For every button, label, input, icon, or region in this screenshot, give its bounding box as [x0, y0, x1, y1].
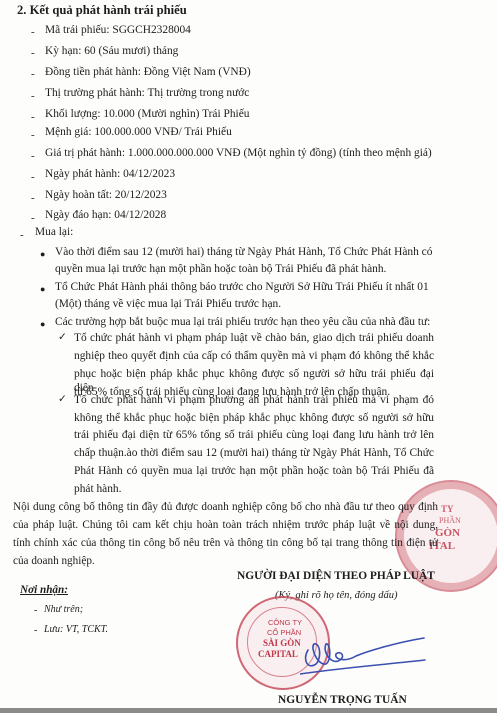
bond-term: Kỳ hạn: 60 (Sáu mươi) tháng [45, 44, 178, 58]
buyback-item-2-line-2: (Một) tháng về việc mua lại Trái Phiếu t… [55, 297, 281, 311]
recipient-item-2: Lưu: VT, TCKT. [44, 624, 108, 635]
case-2-line-2: không thể khắc phục hoặc biện pháp khắc … [74, 411, 434, 425]
signer-name: NGUYỄN TRỌNG TUẤN [278, 694, 407, 706]
section-title: 2. Kết quả phát hành trái phiếu [17, 3, 187, 18]
dash-bullet: - [31, 129, 35, 141]
bond-volume: Khối lượng: 10.000 (Mười nghìn) Trái Phi… [45, 107, 249, 121]
round-bullet-icon: ● [40, 319, 45, 329]
case-2-line-5: Phát Hành có quyền mua lại trước hạn một… [74, 464, 434, 478]
buyback-item-2-line-1: Tổ Chức Phát Hành phải thông báo trước c… [55, 280, 429, 294]
bond-currency: Đồng tiền phát hành: Đồng Việt Nam (VNĐ) [45, 65, 251, 79]
case-2-line-6: phát hành. [74, 482, 121, 496]
dash-bullet: - [31, 68, 35, 80]
handwritten-signature [300, 630, 430, 680]
buyback-item-3-line-1: Các trường hợp bắt buộc mua lại trái phi… [55, 315, 430, 329]
stamp-line-2: CỔ PHẦN [267, 628, 301, 637]
dash-bullet: - [31, 192, 35, 204]
checkmark-icon: ✓ [58, 331, 67, 343]
bond-market: Thị trường phát hành: Thị trường trong n… [45, 86, 249, 100]
dash-bullet: - [31, 150, 35, 162]
round-bullet-icon: ● [40, 284, 45, 294]
recipients-title: Nơi nhận: [20, 584, 68, 596]
disclosure-line-4: của doanh nghiệp. [13, 554, 95, 568]
dash-bullet: - [31, 47, 35, 59]
buyback-item-1-line-1: Vào thời điểm sau 12 (mười hai) tháng từ… [55, 245, 432, 259]
disclosure-line-2: của pháp luật. Chúng tôi cam kết chịu ho… [13, 518, 438, 532]
case-2-line-4: chấp thuận.ào thời điểm sau 12 (mười hai… [74, 446, 434, 460]
stamp-partial-line-1: TY [441, 504, 454, 514]
case-2-line-1: Tổ chức phát hành vi phạm phương án phát… [74, 393, 434, 407]
stamp-partial-line-2: PHẦN [439, 516, 461, 525]
dash-bullet: - [20, 229, 24, 241]
disclosure-line-3: tính chính xác của thông tin công bố nêu… [13, 536, 438, 550]
dash-bullet: - [31, 212, 35, 224]
buyback-item-1-line-2: quyền mua lại trước hạn một phần hoặc to… [55, 262, 386, 276]
stamp-line-4: CAPITAL [258, 649, 298, 659]
buyback-label: Mua lại: [35, 225, 73, 239]
recipient-item-1: Như trên; [44, 604, 83, 615]
dash-bullet: - [31, 26, 35, 38]
bond-issue-date: Ngày phát hành: 04/12/2023 [45, 167, 175, 181]
bottom-border [0, 708, 497, 713]
bond-completion-date: Ngày hoàn tất: 20/12/2023 [45, 188, 167, 202]
stamp-partial-line-3: GÒN [435, 527, 460, 539]
dash-bullet: - [31, 171, 35, 183]
dash-bullet: - [34, 605, 37, 616]
checkmark-icon: ✓ [58, 393, 67, 405]
dash-bullet: - [31, 111, 35, 123]
bond-par-value: Mệnh giá: 100.000.000 VNĐ/ Trái Phiếu [45, 125, 232, 139]
bond-maturity-date: Ngày đáo hạn: 04/12/2028 [45, 208, 166, 222]
dash-bullet: - [31, 90, 35, 102]
dash-bullet: - [34, 625, 37, 636]
case-2-line-3: trái phiếu đại diện từ 65% tổng số trái … [74, 428, 434, 442]
stamp-line-3: SÀI GÒN [263, 638, 301, 648]
case-1-line-2: nghiệp theo quyết định của cấp có thẩm q… [74, 349, 434, 363]
case-1-line-1: Tổ chức phát hành vi phạm pháp luật về c… [74, 331, 434, 345]
round-bullet-icon: ● [40, 249, 45, 259]
document-page: 2. Kết quả phát hành trái phiếu - Mã trá… [0, 0, 497, 708]
bond-code: Mã trái phiếu: SGGCH2328004 [45, 23, 191, 37]
bond-issue-value: Giá trị phát hành: 1.000.000.000.000 VNĐ… [45, 146, 432, 160]
signature-title: NGƯỜI ĐẠI DIỆN THEO PHÁP LUẬT [237, 570, 435, 582]
disclosure-line-1: Nội dung công bố thông tin đầy đủ được d… [13, 500, 438, 514]
stamp-line-1: CÔNG TY [268, 618, 302, 627]
